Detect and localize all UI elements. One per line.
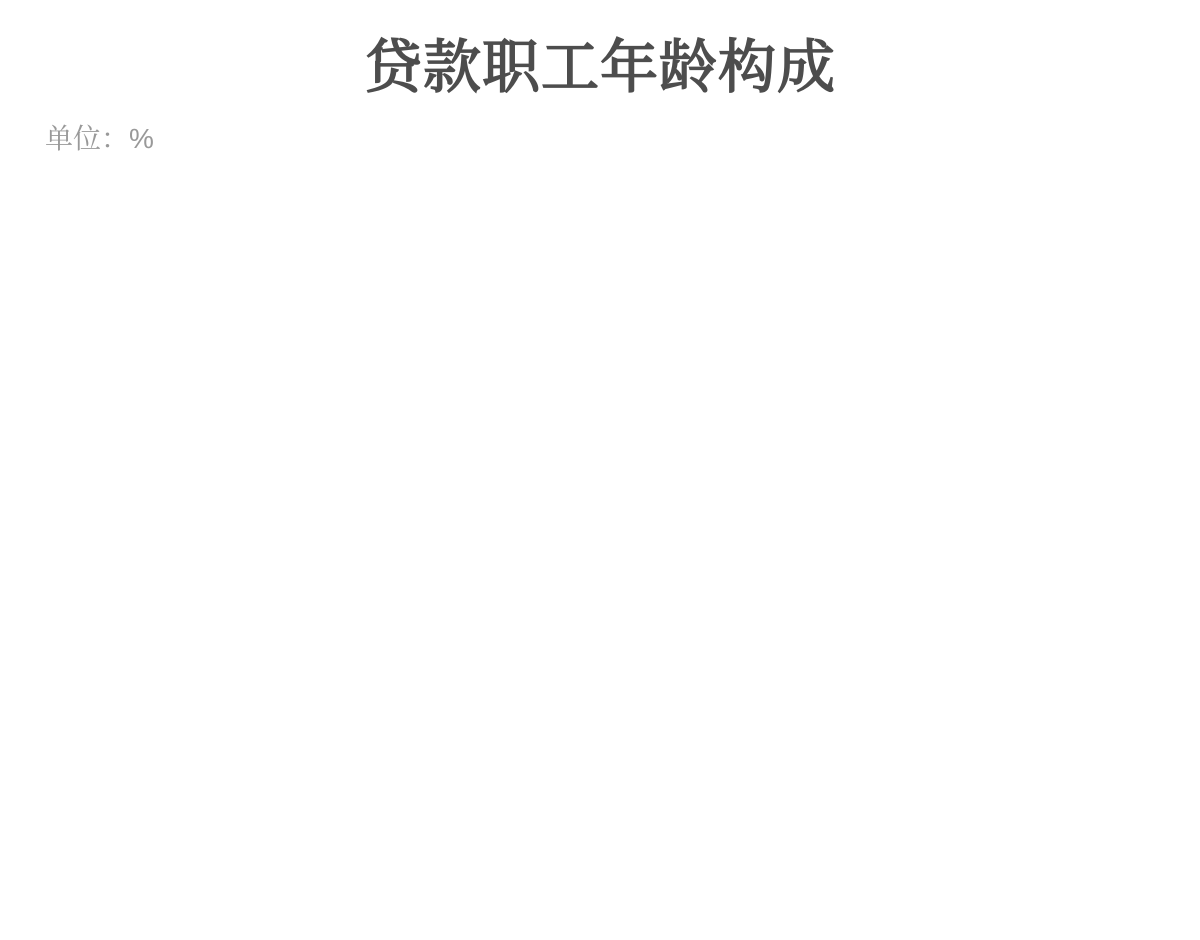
chart-page: 贷款职工年龄构成 单位：% bbox=[0, 0, 1200, 940]
chart-title: 贷款职工年龄构成 bbox=[0, 35, 1200, 102]
chart-plot-area bbox=[0, 170, 1200, 940]
unit-label: 单位：% bbox=[45, 122, 154, 156]
